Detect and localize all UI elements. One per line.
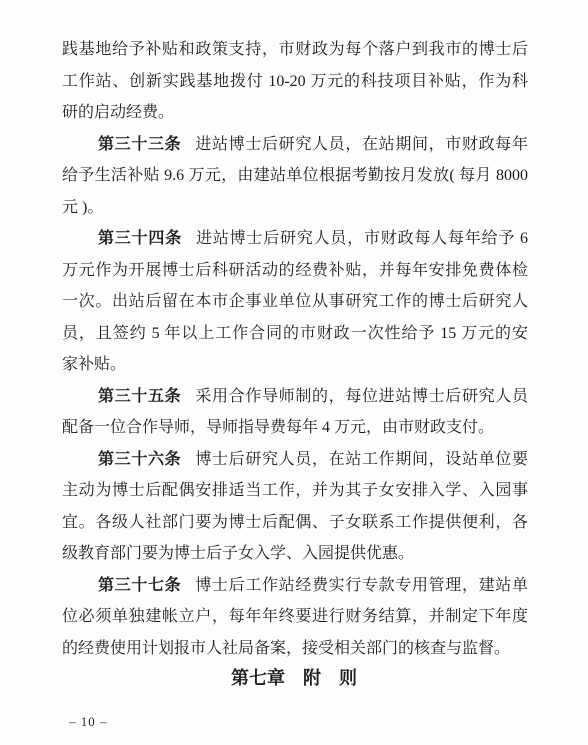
line-text: 博士后工作站经费实行专款专用管理，建站单 [195,577,528,594]
text-line: 配备一位合作导师，导师指导费每年 4 万元，由市财政支付。 [62,412,528,444]
line-text: 采用合作导师制的，每位进站博士后研究人员 [195,388,528,405]
document-page: 践基地给予补贴和政策支持，市财政为每个落户到我市的博士后工作站、创新实践基地拨付… [0,0,588,745]
line-text: 位必须单独建帐立户，每年年终要进行财务结算，并制定下年度 [62,608,528,625]
line-text: 研的启动经费。 [62,104,174,121]
line-text: 级教育部门要为博士后子女入学、入园提供优惠。 [62,545,414,562]
line-text: 万元作为开展博士后科研活动的经费补贴，并每年安排免费体检 [62,262,528,279]
line-text: 配备一位合作导师，导师指导费每年 4 万元，由市财政支付。 [62,419,494,436]
article-number: 第三十五条 [98,388,181,405]
text-line: 家补贴。 [62,349,528,381]
document-body: 践基地给予补贴和政策支持，市财政为每个落户到我市的博士后工作站、创新实践基地拨付… [62,34,528,664]
article-number: 第三十七条 [98,577,181,594]
text-line: 元 )。 [62,192,528,224]
text-line: 工作站、创新实践基地拨付 10-20 万元的科技项目补贴，作为科 [62,66,528,98]
line-text: 的经费使用计划报市人社局备案，接受相关部门的核查与监督。 [62,640,510,657]
line-text: 元 )。 [62,199,103,216]
line-text: 进站博士后研究人员，在站期间，市财政每年 [195,136,528,153]
line-text: 践基地给予补贴和政策支持，市财政为每个落户到我市的博士后 [62,41,528,58]
text-line: 第三十六条博士后研究人员，在站工作期间，设站单位要 [62,444,528,476]
chapter-heading: 第七章 附 则 [0,667,588,689]
text-line: 级教育部门要为博士后子女入学、入园提供优惠。 [62,538,528,570]
article-number: 第三十六条 [98,451,181,468]
page-number: – 10 – [69,714,108,730]
text-line: 研的启动经费。 [62,97,528,129]
line-text: 工作站、创新实践基地拨付 10-20 万元的科技项目补贴，作为科 [62,73,528,90]
text-line: 给予生活补贴 9.6 万元，由建站单位根据考勤按月发放( 每月 8000 [62,160,528,192]
text-line: 第三十七条博士后工作站经费实行专款专用管理，建站单 [62,570,528,602]
article-number: 第三十三条 [98,136,181,153]
line-text: 员，且签约 5 年以上工作合同的市财政一次性给予 15 万元的安 [62,325,528,342]
line-text: 一次。出站后留在本市企事业单位从事研究工作的博士后研究人 [62,293,528,310]
text-line: 位必须单独建帐立户，每年年终要进行财务结算，并制定下年度 [62,601,528,633]
text-line: 的经费使用计划报市人社局备案，接受相关部门的核查与监督。 [62,633,528,665]
text-line: 员，且签约 5 年以上工作合同的市财政一次性给予 15 万元的安 [62,318,528,350]
text-line: 主动为博士后配偶安排适当工作，并为其子女安排入学、入园事 [62,475,528,507]
line-text: 主动为博士后配偶安排适当工作，并为其子女安排入学、入园事 [62,482,528,499]
text-line: 第三十三条进站博士后研究人员，在站期间，市财政每年 [62,129,528,161]
line-text: 进站博士后研究人员，市财政每人每年给予 6 [196,230,528,247]
text-line: 践基地给予补贴和政策支持，市财政为每个落户到我市的博士后 [62,34,528,66]
text-line: 一次。出站后留在本市企事业单位从事研究工作的博士后研究人 [62,286,528,318]
text-line: 宜。各级人社部门要为博士后配偶、子女联系工作提供便利，各 [62,507,528,539]
article-number: 第三十四条 [98,230,182,247]
line-text: 家补贴。 [62,356,126,373]
text-line: 万元作为开展博士后科研活动的经费补贴，并每年安排免费体检 [62,255,528,287]
text-line: 第三十四条进站博士后研究人员，市财政每人每年给予 6 [62,223,528,255]
line-text: 宜。各级人社部门要为博士后配偶、子女联系工作提供便利，各 [62,514,528,531]
text-line: 第三十五条采用合作导师制的，每位进站博士后研究人员 [62,381,528,413]
line-text: 给予生活补贴 9.6 万元，由建站单位根据考勤按月发放( 每月 8000 [62,167,528,184]
line-text: 博士后研究人员，在站工作期间，设站单位要 [195,451,528,468]
